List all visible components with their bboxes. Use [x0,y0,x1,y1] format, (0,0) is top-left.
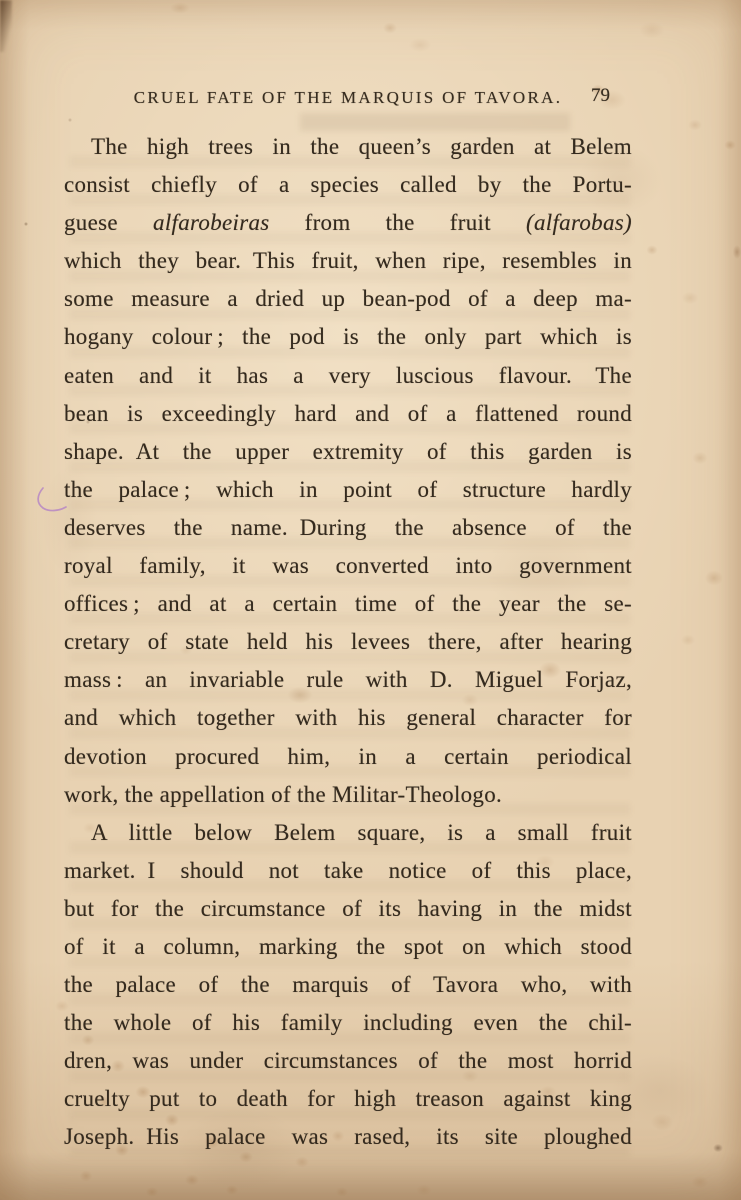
text-line: and which together with his general char… [64,699,632,737]
page-number: 79 [591,85,610,107]
text-segment: Joseph. His palace was rased, its site p… [64,1124,632,1149]
text-line: cretary of state held his levees there, … [64,623,632,661]
text-line: guese alfarobeiras from the fruit (alfar… [64,204,632,242]
text-line: deserves the name. During the absence of… [64,509,632,547]
text-line: eaten and it has a very luscious flavour… [64,357,632,395]
text-segment: guese [64,210,153,235]
text-line: royal family, it was converted into gove… [64,547,632,585]
book-page: CRUEL FATE OF THE MARQUIS OF TAVORA. 79 … [0,0,741,1200]
text-segment: market. I should not take notice of this… [64,858,632,883]
text-segment: shape. At the upper extremity of this ga… [64,439,632,464]
text-line: some measure a dried up bean-pod of a de… [64,280,632,318]
text-line: A little below Belem square, is a small … [64,814,632,852]
text-segment: hogany colour ; the pod is the only part… [64,324,632,349]
text-segment: but for the circumstance of its having i… [64,896,632,921]
text-segment: some measure a dried up bean-pod of a de… [64,286,632,311]
text-line: The high trees in the queen’s garden at … [64,128,632,166]
text-line: dren, was under circumstances of the mos… [64,1042,632,1080]
text-line: bean is exceedingly hard and of a flatte… [64,395,632,433]
text-line: which they bear. This fruit, when ripe, … [64,242,632,280]
text-segment: royal family, it was converted into gove… [64,553,632,578]
text-segment: dren, was under circumstances of the mos… [64,1048,632,1073]
text-segment: mass : an invariable rule with D. Miguel… [64,667,632,692]
text-segment: cretary of state held his levees there, … [64,629,632,654]
text-segment: bean is exceedingly hard and of a flatte… [64,401,632,426]
text-line: the palace ; which in point of structure… [64,471,632,509]
text-segment: which they bear. This fruit, when ripe, … [64,248,632,273]
italic-text-segment: alfarobeiras [153,210,269,235]
page-text: The high trees in the queen’s garden at … [64,128,632,1157]
text-line: cruelty put to death for high treason ag… [64,1080,632,1118]
text-line: devotion procured him, in a certain peri… [64,738,632,776]
running-title: CRUEL FATE OF THE MARQUIS OF TAVORA. [64,88,632,108]
text-line: but for the circumstance of its having i… [64,890,632,928]
text-line: shape. At the upper extremity of this ga… [64,433,632,471]
text-line: market. I should not take notice of this… [64,852,632,890]
text-segment: of it a column, marking the spot on whic… [64,934,632,959]
text-segment: from the fruit [270,210,527,235]
binding-shadow [0,0,12,52]
text-line: consist chiefly of a species called by t… [64,166,632,204]
text-segment: consist chiefly of a species called by t… [64,172,632,197]
text-segment: eaten and it has a very luscious flavour… [64,363,632,388]
text-segment: the palace of the marquis of Tavora who,… [64,972,632,997]
text-segment: The high trees in the queen’s garden at … [91,134,632,159]
text-segment: work, the appellation of the Militar-The… [64,782,502,807]
text-segment: and which together with his general char… [64,705,632,730]
text-line: offices ; and at a certain time of the y… [64,585,632,623]
text-segment: cruelty put to death for high treason ag… [64,1086,632,1111]
text-line: work, the appellation of the Militar-The… [64,776,632,814]
text-segment: deserves the name. During the absence of… [64,515,632,540]
text-line: of it a column, marking the spot on whic… [64,928,632,966]
text-segment: offices ; and at a certain time of the y… [64,591,632,616]
text-segment: the whole of his family including even t… [64,1010,632,1035]
text-line: hogany colour ; the pod is the only part… [64,318,632,356]
text-segment: A little below Belem square, is a small … [91,820,632,845]
text-segment: devotion procured him, in a certain peri… [64,744,632,769]
italic-text-segment: (alfarobas) [526,210,632,235]
text-line: the palace of the marquis of Tavora who,… [64,966,632,1004]
text-segment: the palace ; which in point of structure… [64,477,632,502]
text-line: the whole of his family including even t… [64,1004,632,1042]
running-header: CRUEL FATE OF THE MARQUIS OF TAVORA. 79 [64,88,632,114]
text-line: mass : an invariable rule with D. Miguel… [64,661,632,699]
text-line: Joseph. His palace was rased, its site p… [64,1118,632,1156]
